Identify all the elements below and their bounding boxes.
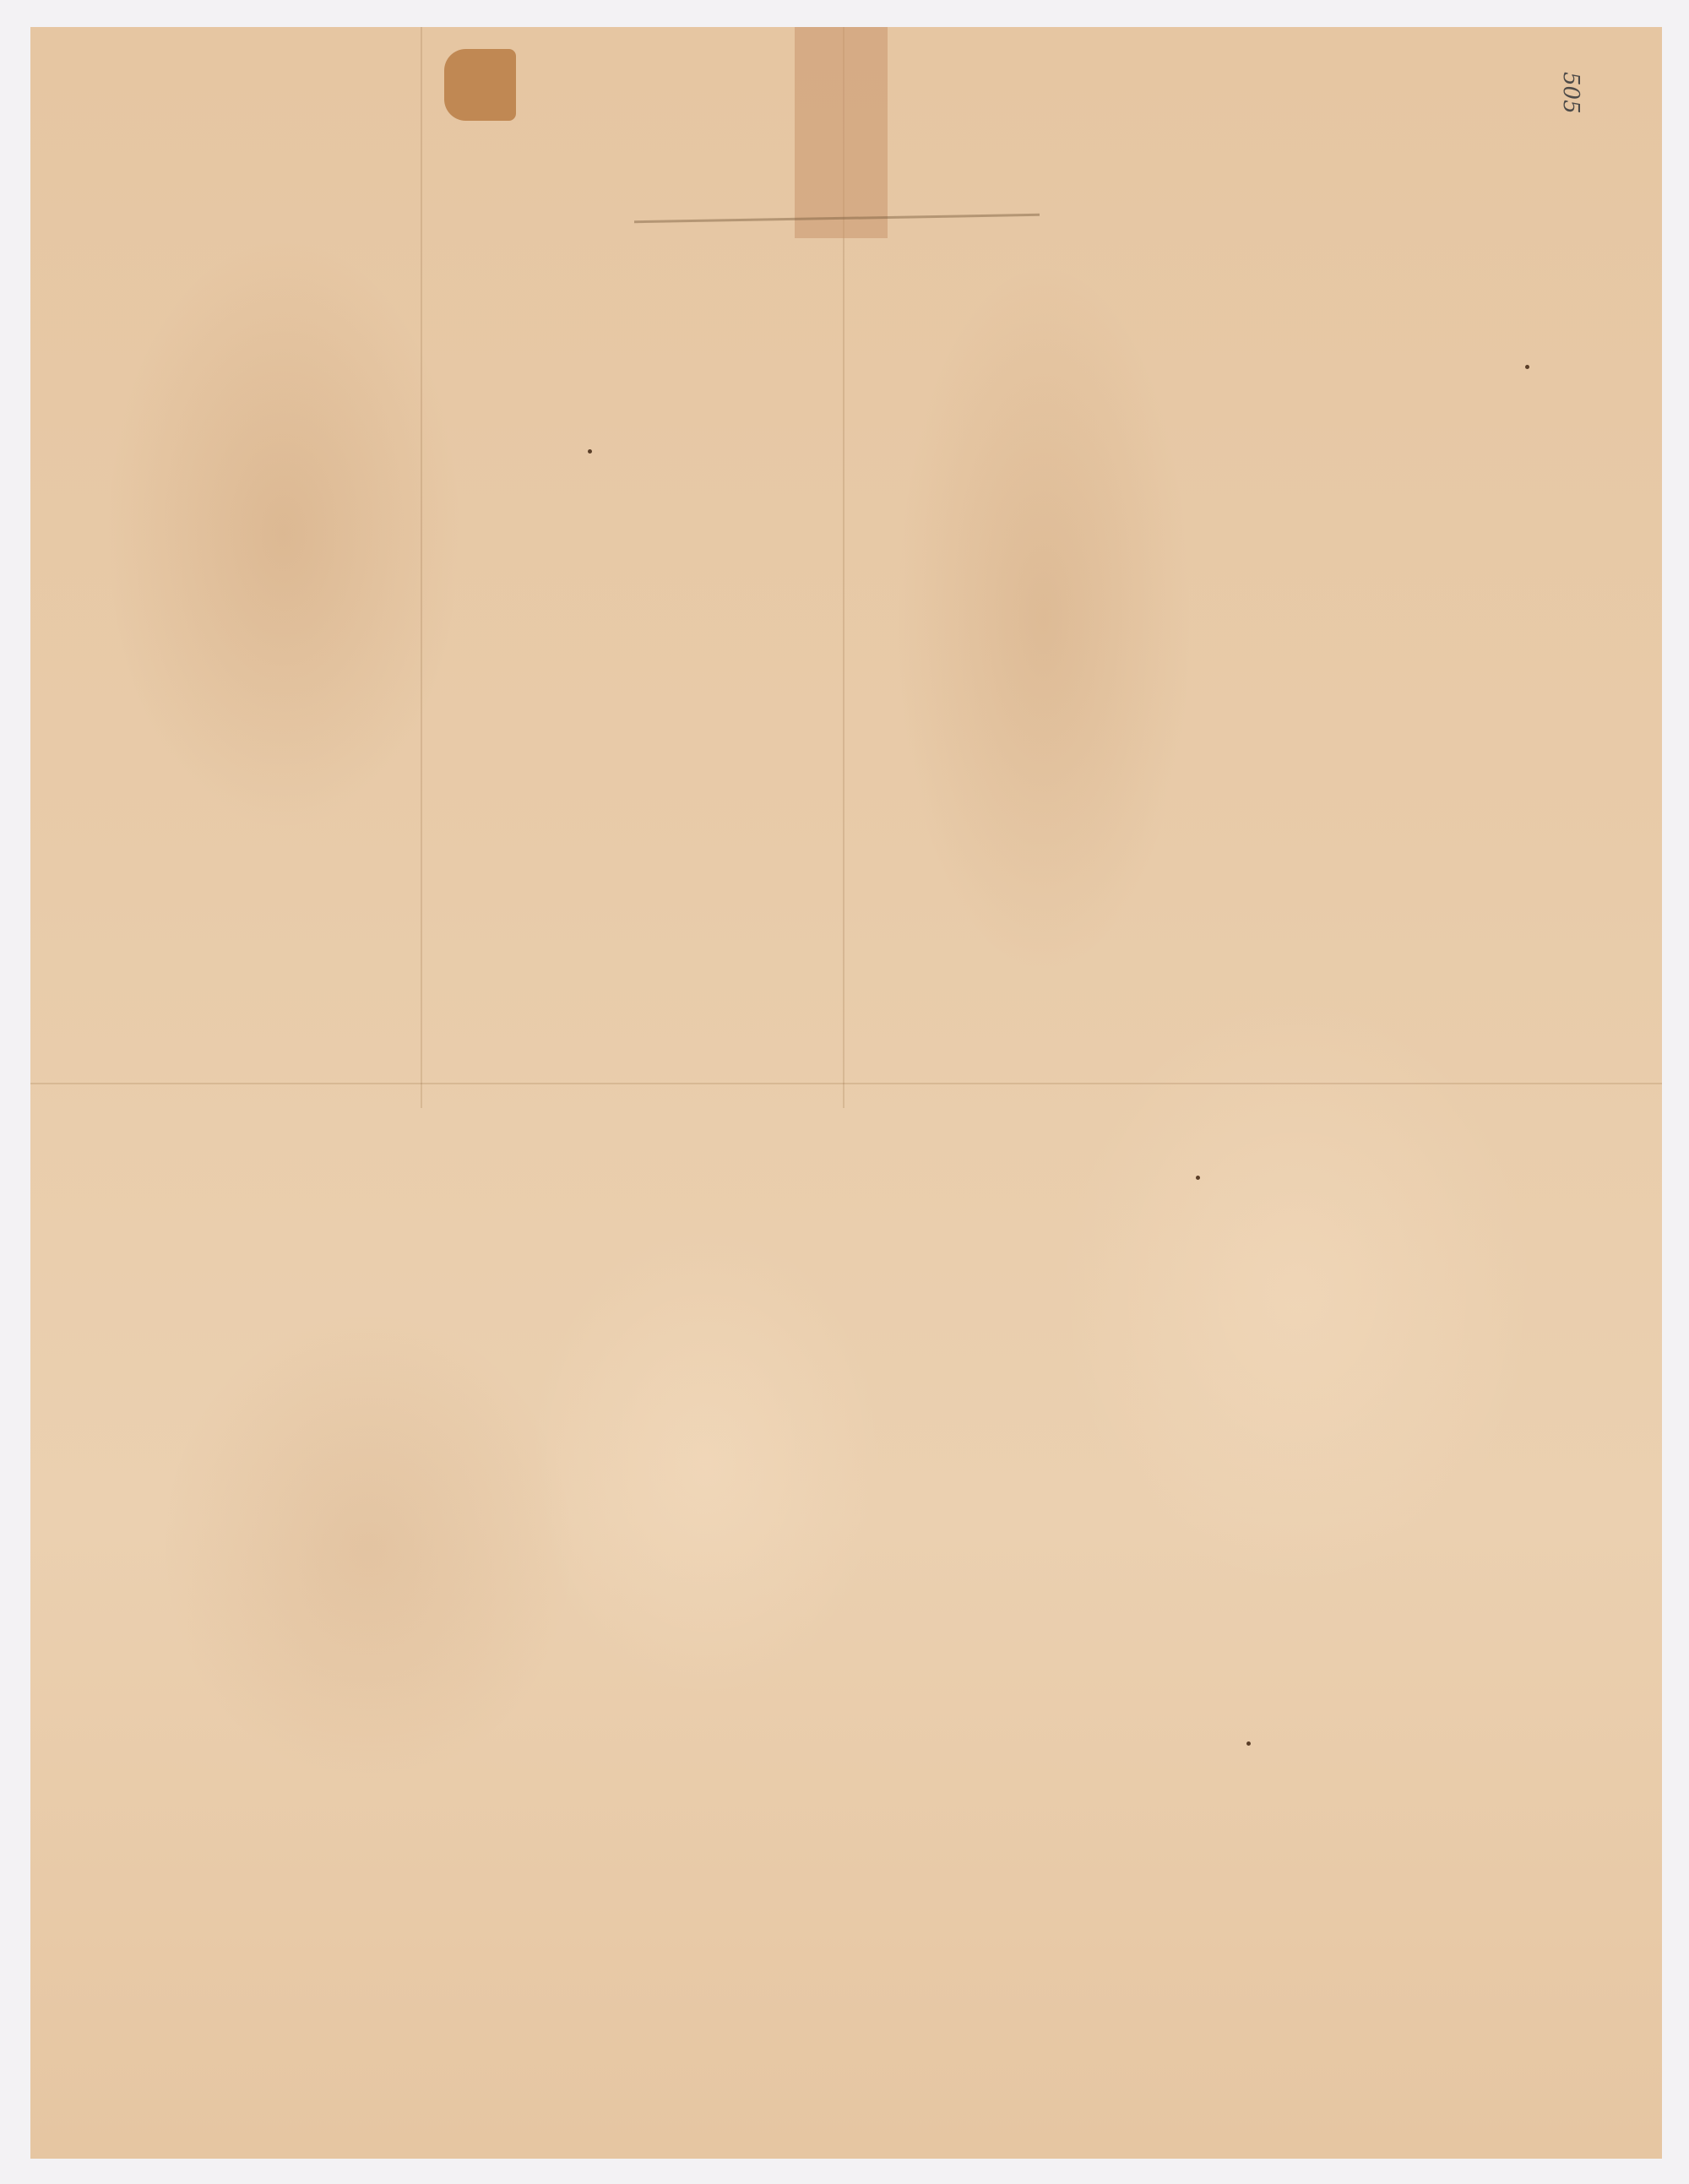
fold-line-vertical [421,27,422,1108]
foxing-spot [1246,1741,1251,1746]
page-number-annotation: 505 [1558,72,1583,114]
fold-line-horizontal [30,1083,1662,1084]
repair-tape [795,27,888,238]
stamp-mark [444,49,516,121]
foxing-spot [1525,365,1529,369]
paper-sheet [30,27,1662,2159]
foxing-spot [588,449,592,454]
foxing-spot [1196,1176,1200,1180]
